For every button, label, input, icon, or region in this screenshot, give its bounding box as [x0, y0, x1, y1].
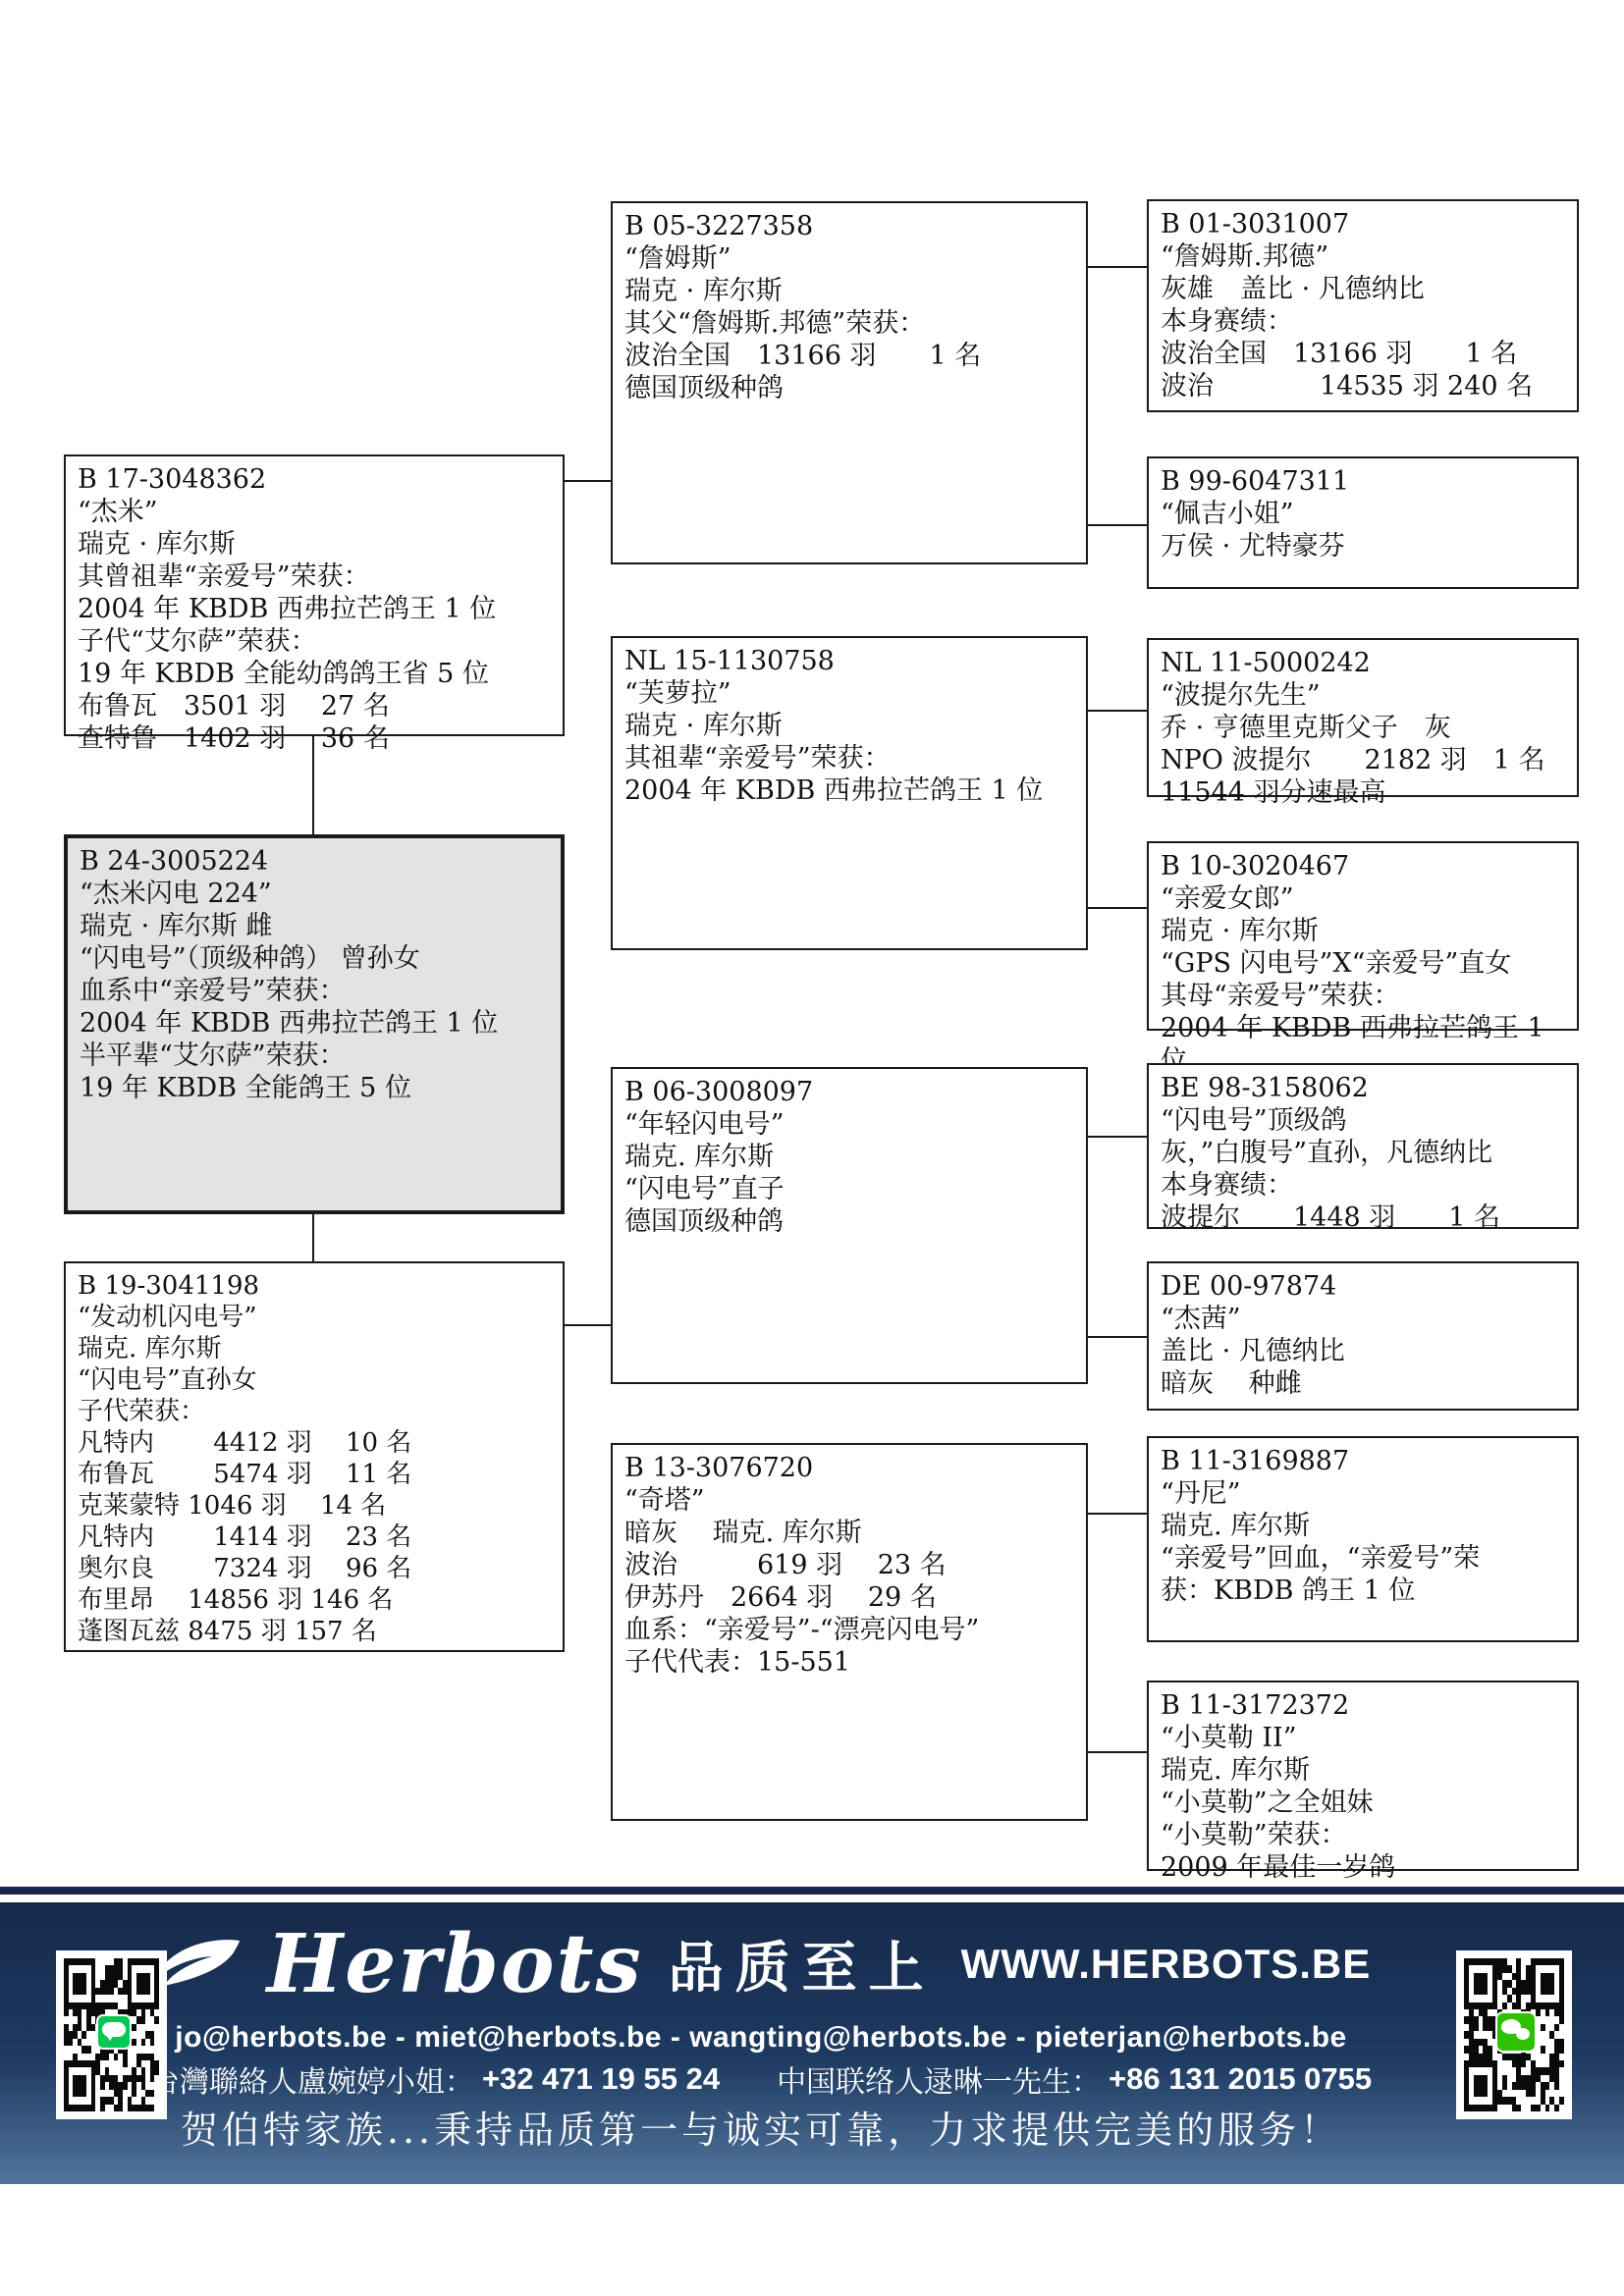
connector-line — [312, 736, 314, 834]
box-dam: B 19-3041198 “发动机闪电号” 瑞克. 库尔斯 “闪电号”直孙女 子… — [64, 1261, 565, 1652]
connector-line — [1088, 1336, 1147, 1338]
box-dam-dam: B 13-3076720 “奇塔” 暗灰 瑞克. 库尔斯 波治 619 羽 23… — [611, 1443, 1088, 1821]
box-dam-sire: B 06-3008097 “年轻闪电号” 瑞克. 库尔斯 “闪电号”直子 德国顶… — [611, 1067, 1088, 1384]
connector-line — [565, 1324, 611, 1326]
connector-line — [1088, 266, 1147, 268]
footer-content: Herbots 品质至上 WWW.HERBOTS.BE jo@herbots.b… — [128, 1902, 1394, 2184]
connector-line — [1088, 710, 1147, 712]
contact-china-phone: +86 131 2015 0755 — [1109, 2061, 1372, 2097]
connector-line — [1088, 907, 1147, 909]
box-dam-sire-dam: DE 00-97874 “杰茜” 盖比 · 凡德纳比 暗灰 种雌 — [1147, 1261, 1579, 1411]
box-subject: B 24-3005224 “杰米闪电 224” 瑞克 · 库尔斯 雌 “闪电号”… — [64, 834, 565, 1214]
website-url: WWW.HERBOTS.BE — [961, 1941, 1372, 1988]
box-sire-dam-dam: B 10-3020467 “亲爱女郎” 瑞克 · 库尔斯 “GPS 闪电号”X“… — [1147, 841, 1579, 1031]
connector-line — [1088, 1513, 1147, 1515]
box-sire-dam-sire: NL 11-5000242 “波提尔先生” 乔 · 亨德里克斯父子 灰 NPO … — [1147, 638, 1579, 797]
footer-brand-row: Herbots 品质至上 WWW.HERBOTS.BE — [128, 1920, 1394, 2008]
line-icon — [96, 2014, 132, 2050]
footer-tagline: 贺伯特家族...秉持品质第一与诚实可靠，力求提供完美的服务！ — [128, 2103, 1394, 2150]
footer: Herbots 品质至上 WWW.HERBOTS.BE jo@herbots.b… — [0, 1902, 1624, 2184]
connector-line — [1088, 524, 1147, 526]
qr-code-line — [56, 1950, 167, 2119]
connector-line — [565, 480, 611, 482]
contact-taiwan-phone: +32 471 19 55 24 — [482, 2061, 720, 2097]
connector-line — [1088, 1136, 1147, 1138]
box-dam-dam-dam: B 11-3172372 “小莫勒 II” 瑞克. 库尔斯 “小莫勒”之全姐妹 … — [1147, 1681, 1579, 1871]
box-sire-sire: B 05-3227358 “詹姆斯” 瑞克 · 库尔斯 其父“詹姆斯.邦德”荣获… — [611, 201, 1088, 564]
contact-china: 中国联络人逯晽一先生： +86 131 2015 0755 — [777, 2057, 1372, 2101]
connector-line — [1088, 1751, 1147, 1753]
box-dam-dam-sire: B 11-3169887 “丹尼” 瑞克. 库尔斯 “亲爱号”回血，“亲爱号”荣… — [1147, 1436, 1579, 1642]
wechat-icon — [1495, 2011, 1537, 2053]
box-sire-dam: NL 15-1130758 “芙萝拉” 瑞克 · 库尔斯 其祖辈“亲爱号”荣获：… — [611, 636, 1088, 950]
box-sire-sire-dam: B 99-6047311 “佩吉小姐” 万侯 · 尤特豪芬 — [1147, 456, 1579, 589]
contact-taiwan: 台灣聯絡人盧婉婷小姐： +32 471 19 55 24 — [150, 2057, 720, 2101]
box-sire: B 17-3048362 “杰米” 瑞克 · 库尔斯 其曾祖辈“亲爱号”荣获： … — [64, 454, 565, 736]
box-sire-sire-sire: B 01-3031007 “詹姆斯.邦德” 灰雄 盖比 · 凡德纳比 本身赛绩：… — [1147, 199, 1579, 412]
footer-top-rule — [0, 1887, 1624, 1895]
footer-emails: jo@herbots.be - miet@herbots.be - wangti… — [128, 2020, 1394, 2056]
pedigree-chart: B 24-3005224 “杰米闪电 224” 瑞克 · 库尔斯 雌 “闪电号”… — [0, 0, 1624, 2296]
contact-china-label: 中国联络人逯晽一先生： — [777, 2057, 1101, 2101]
brand-wordmark: Herbots — [267, 1924, 643, 2004]
footer-contacts: 台灣聯絡人盧婉婷小姐： +32 471 19 55 24 中国联络人逯晽一先生：… — [128, 2059, 1394, 2099]
qr-code-wechat — [1456, 1950, 1572, 2119]
email-list: jo@herbots.be - miet@herbots.be - wangti… — [175, 2021, 1346, 2055]
tagline-text: 贺伯特家族...秉持品质第一与诚实可靠，力求提供完美的服务！ — [181, 2100, 1341, 2154]
box-dam-sire-sire: BE 98-3158062 “闪电号”顶级鸽 灰，”白腹号”直孙，凡德纳比 本身… — [1147, 1063, 1579, 1229]
brand-slogan: 品质至上 — [669, 1925, 936, 2003]
contact-taiwan-label: 台灣聯絡人盧婉婷小姐： — [150, 2057, 474, 2101]
connector-line — [312, 1214, 314, 1261]
